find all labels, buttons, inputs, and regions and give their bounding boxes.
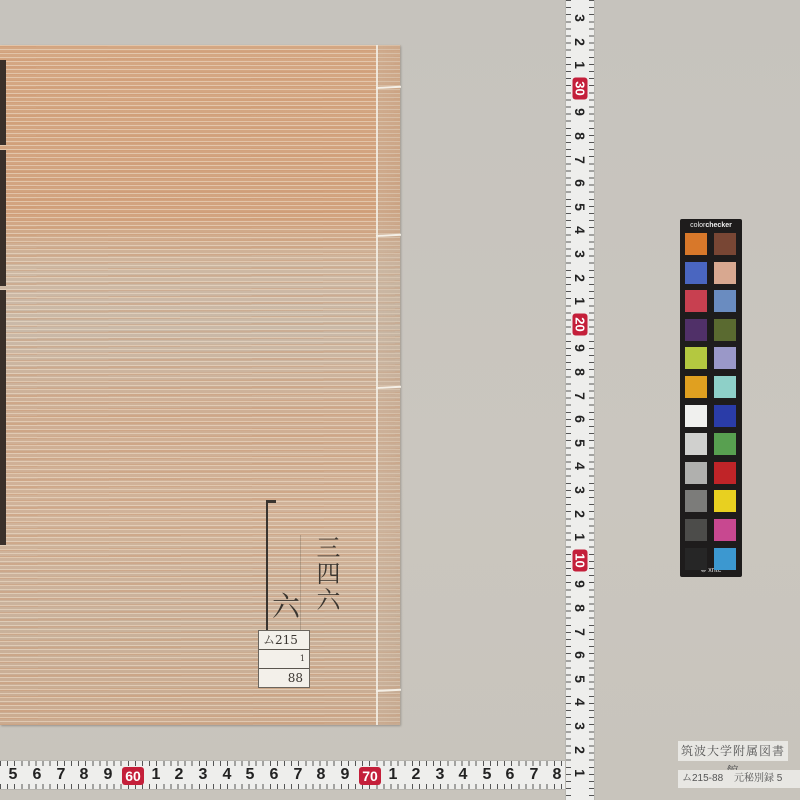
color-patch [685, 290, 707, 312]
title-slip-border [0, 290, 6, 545]
ruler-number: 2 [572, 267, 588, 289]
color-patch [685, 233, 707, 255]
color-patch [685, 462, 707, 484]
ruler-number: 3 [572, 479, 588, 501]
call-number: ム215-88 [682, 770, 723, 788]
ruler-number: 9 [572, 573, 588, 595]
ruler-number: 6 [572, 644, 588, 666]
ruler-number: 6 [572, 408, 588, 430]
ruler-number: 7 [51, 766, 71, 784]
label-row: ム215 [259, 631, 309, 650]
ruler-number: 1 [572, 762, 588, 784]
ruler-number: 5 [240, 766, 260, 784]
title-slip-border [0, 60, 6, 145]
ruler-number: 8 [572, 125, 588, 147]
color-patch [685, 433, 707, 455]
ruler-number: 60 [122, 767, 144, 785]
color-checker: colorchecker ⊗ xrite [680, 219, 742, 577]
ruler-number: 6 [500, 766, 520, 784]
color-patch [714, 376, 736, 398]
ruler-number: 3 [572, 715, 588, 737]
color-patch [685, 548, 707, 570]
ruler-number: 1 [572, 526, 588, 548]
ruler-number: 7 [572, 621, 588, 643]
ruler-number: 8 [311, 766, 331, 784]
ruler-number: 9 [335, 766, 355, 784]
ruler-number: 5 [572, 432, 588, 454]
color-patch [714, 290, 736, 312]
ruler-number: 5 [477, 766, 497, 784]
color-patch [685, 519, 707, 541]
color-patch [685, 262, 707, 284]
ruler-number: 2 [169, 766, 189, 784]
label-row: 88 [259, 669, 309, 687]
handwritten-number: 三四六 [314, 535, 338, 613]
book-cover [0, 45, 400, 725]
checker-title: colorchecker [680, 222, 742, 229]
color-patch [714, 433, 736, 455]
color-patch [714, 462, 736, 484]
ruler-number: 3 [430, 766, 450, 784]
handwritten-character: 六 [272, 585, 300, 625]
ruler-number: 4 [572, 219, 588, 241]
call-number-card: ム215-88 元秘別録 5 [678, 770, 800, 788]
ruler-number: 6 [27, 766, 47, 784]
color-patch [714, 490, 736, 512]
ruler-number: 7 [524, 766, 544, 784]
ruler-number: 3 [193, 766, 213, 784]
color-patch [714, 319, 736, 341]
collection-title: 元秘別録 5 [734, 770, 782, 788]
ruler-number: 7 [288, 766, 308, 784]
ruler-number: 4 [217, 766, 237, 784]
color-patch [714, 405, 736, 427]
color-patch [685, 347, 707, 369]
ruler-number: 9 [572, 337, 588, 359]
ruler-number: 8 [74, 766, 94, 784]
ruler-number: 2 [572, 503, 588, 525]
horizontal-ruler: 56789601234567897012345678 [0, 760, 565, 790]
color-patch [685, 319, 707, 341]
ruler-number: 4 [572, 455, 588, 477]
color-patch [685, 490, 707, 512]
color-patch [714, 233, 736, 255]
ruler-number: 8 [547, 766, 567, 784]
ruler-number: 6 [572, 172, 588, 194]
ruler-number: 9 [98, 766, 118, 784]
ruler-number: 1 [572, 54, 588, 76]
ruler-number: 3 [572, 243, 588, 265]
color-patch [714, 347, 736, 369]
ruler-number: 5 [572, 668, 588, 690]
ruler-number: 5 [572, 196, 588, 218]
ruler-number: 7 [572, 385, 588, 407]
vertical-ruler: 321309876543212098765432110987654321 [565, 0, 595, 800]
color-patch [685, 405, 707, 427]
ruler-number: 9 [572, 101, 588, 123]
ruler-number: 10 [573, 549, 588, 571]
color-patch [714, 262, 736, 284]
library-call-label: ム215 1 88 [258, 630, 310, 688]
label-row: 1 [259, 650, 309, 669]
color-patch [714, 519, 736, 541]
ruler-number: 70 [359, 767, 381, 785]
ruler-number: 1 [572, 290, 588, 312]
ruler-number: 8 [572, 361, 588, 383]
ruler-number: 2 [572, 31, 588, 53]
ruler-number: 5 [3, 766, 23, 784]
ruler-number: 4 [572, 691, 588, 713]
color-patch [685, 376, 707, 398]
library-name-card: 筑波大学附属図書館 [678, 741, 788, 761]
ruler-number: 2 [406, 766, 426, 784]
ruler-number: 4 [453, 766, 473, 784]
binding-thread [376, 45, 378, 725]
ruler-number: 6 [264, 766, 284, 784]
ruler-number: 2 [572, 739, 588, 761]
color-patch [714, 548, 736, 570]
ruler-number: 7 [572, 149, 588, 171]
handwritten-mark [266, 500, 268, 635]
ruler-number: 1 [146, 766, 166, 784]
ruler-number: 8 [572, 597, 588, 619]
ruler-number: 1 [383, 766, 403, 784]
title-slip-border [0, 150, 6, 286]
ruler-number: 30 [573, 77, 588, 99]
ruler-number: 20 [573, 313, 588, 335]
ruler-number: 3 [572, 7, 588, 29]
